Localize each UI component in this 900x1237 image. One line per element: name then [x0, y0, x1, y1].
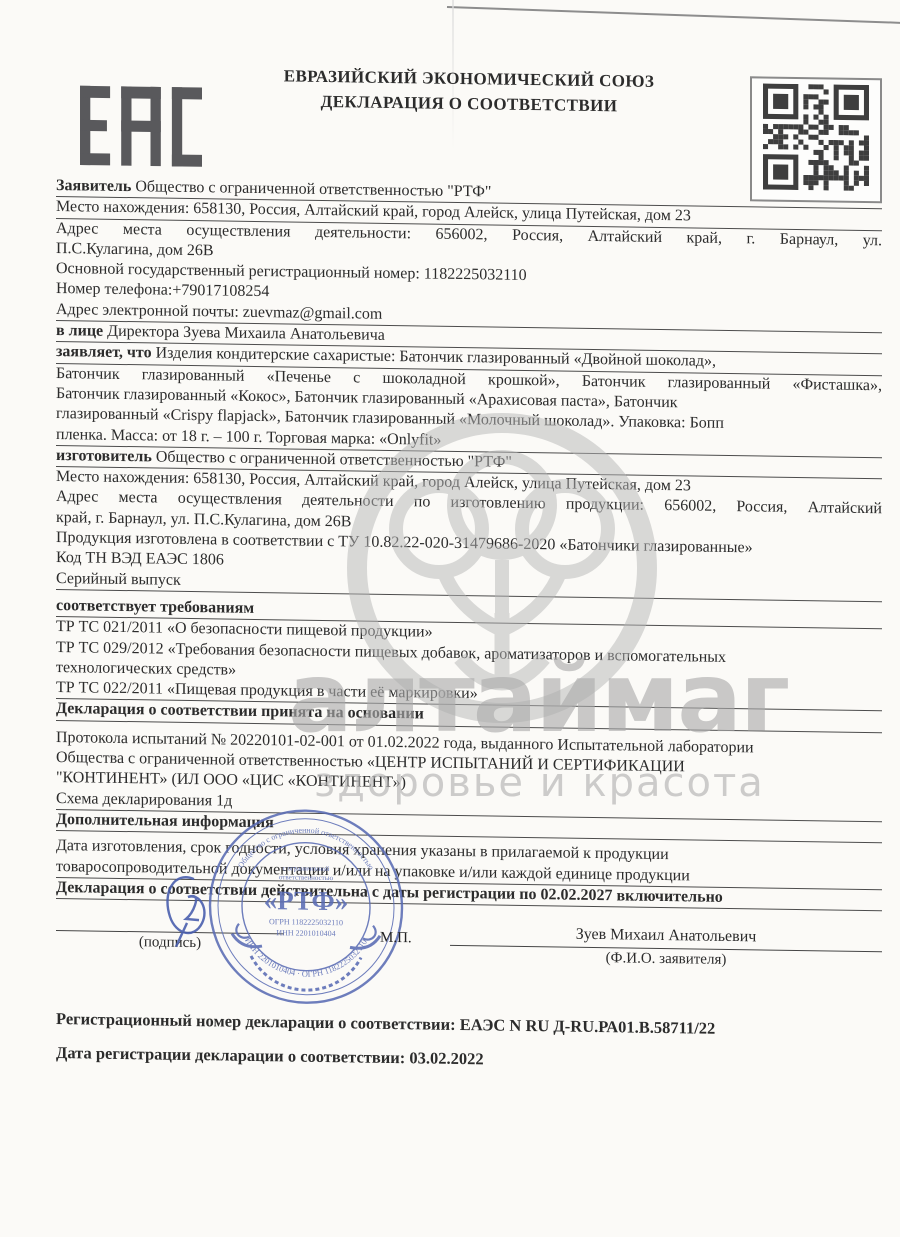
stamp-small-line1: с ограниченной [283, 864, 330, 873]
signature-block: (подпись) М.П. Зуев Михаил Анатольевич (… [56, 917, 882, 995]
declaration-scan-page: алтаймаг здоровье и красота EAC ЕВРАЗИЙС… [0, 0, 900, 1237]
stamp-inn-text: ИНН 2201010404 [276, 928, 335, 938]
registration-footer: Регистрационный номер декларации о соотв… [56, 1009, 882, 1075]
stamp-place-label: М.П. [380, 930, 412, 947]
line-text: Код ТН ВЭД ЕАЭС 1806 [56, 549, 224, 568]
line-text: "КОНТИНЕНТ» (ИЛ ООО «ЦИС «КОНТИНЕНТ») [56, 769, 406, 791]
line-text: Общество с ограниченной ответственностью… [152, 448, 512, 470]
line-text: Адрес электронной почты: zuevmaz@gmail.c… [56, 301, 382, 323]
line-text: Директора Зуева Михаила Анатольевича [103, 323, 385, 344]
line-text: ТР ТС 022/2011 «Пищевая продукция в част… [56, 679, 478, 702]
line-text: Номер телефона:+79017108254 [56, 280, 269, 300]
line-text: край, г. Барнаул, ул. П.С.Кулагина, дом … [56, 509, 351, 530]
stamp-small-line2: ответственностью [279, 873, 333, 882]
line-text: Серийный выпуск [56, 570, 181, 589]
line-bold-prefix: в лице [56, 322, 103, 340]
line-bold-prefix: изготовитель [56, 447, 152, 465]
qr-code-icon [750, 76, 882, 203]
signature-right: Зуев Михаил Анатольевич (Ф.И.О. заявител… [450, 923, 882, 995]
line-bold-prefix: заявляет, что [56, 343, 152, 361]
line-text: соответствует требованиям [56, 597, 254, 617]
line-text: технологических средств» [56, 659, 236, 679]
document-header: EAC ЕВРАЗИЙСКИЙ ЭКОНОМИЧЕСКИЙ СОЮЗ ДЕКЛА… [56, 58, 882, 188]
registration-number-line: Регистрационный номер декларации о соотв… [56, 1009, 882, 1041]
line-bold-prefix: Заявитель [56, 177, 131, 195]
stamp-ogrn-text: ОГРН 1182225032110 [269, 917, 343, 927]
stamp-center-text: «РТФ» [264, 885, 348, 916]
registration-date-line: Дата регистрации декларации о соответств… [56, 1043, 882, 1075]
document: EAC ЕВРАЗИЙСКИЙ ЭКОНОМИЧЕСКИЙ СОЮЗ ДЕКЛА… [56, 58, 882, 1089]
document-body: Заявитель Общество с ограниченной ответс… [56, 176, 882, 911]
paper-edge-line [447, 6, 900, 24]
handwritten-signature [132, 866, 242, 965]
line-text: Общество с ограниченной ответственностью… [131, 178, 491, 200]
line-text: П.С.Кулагина, дом 26В [56, 240, 214, 259]
line-text: пленка. Масса: от 18 г. – 100 г. Торгова… [56, 426, 441, 449]
line-text: Декларация о соответствии принята на осн… [56, 700, 424, 722]
eac-mark-icon: EAC [80, 76, 202, 181]
